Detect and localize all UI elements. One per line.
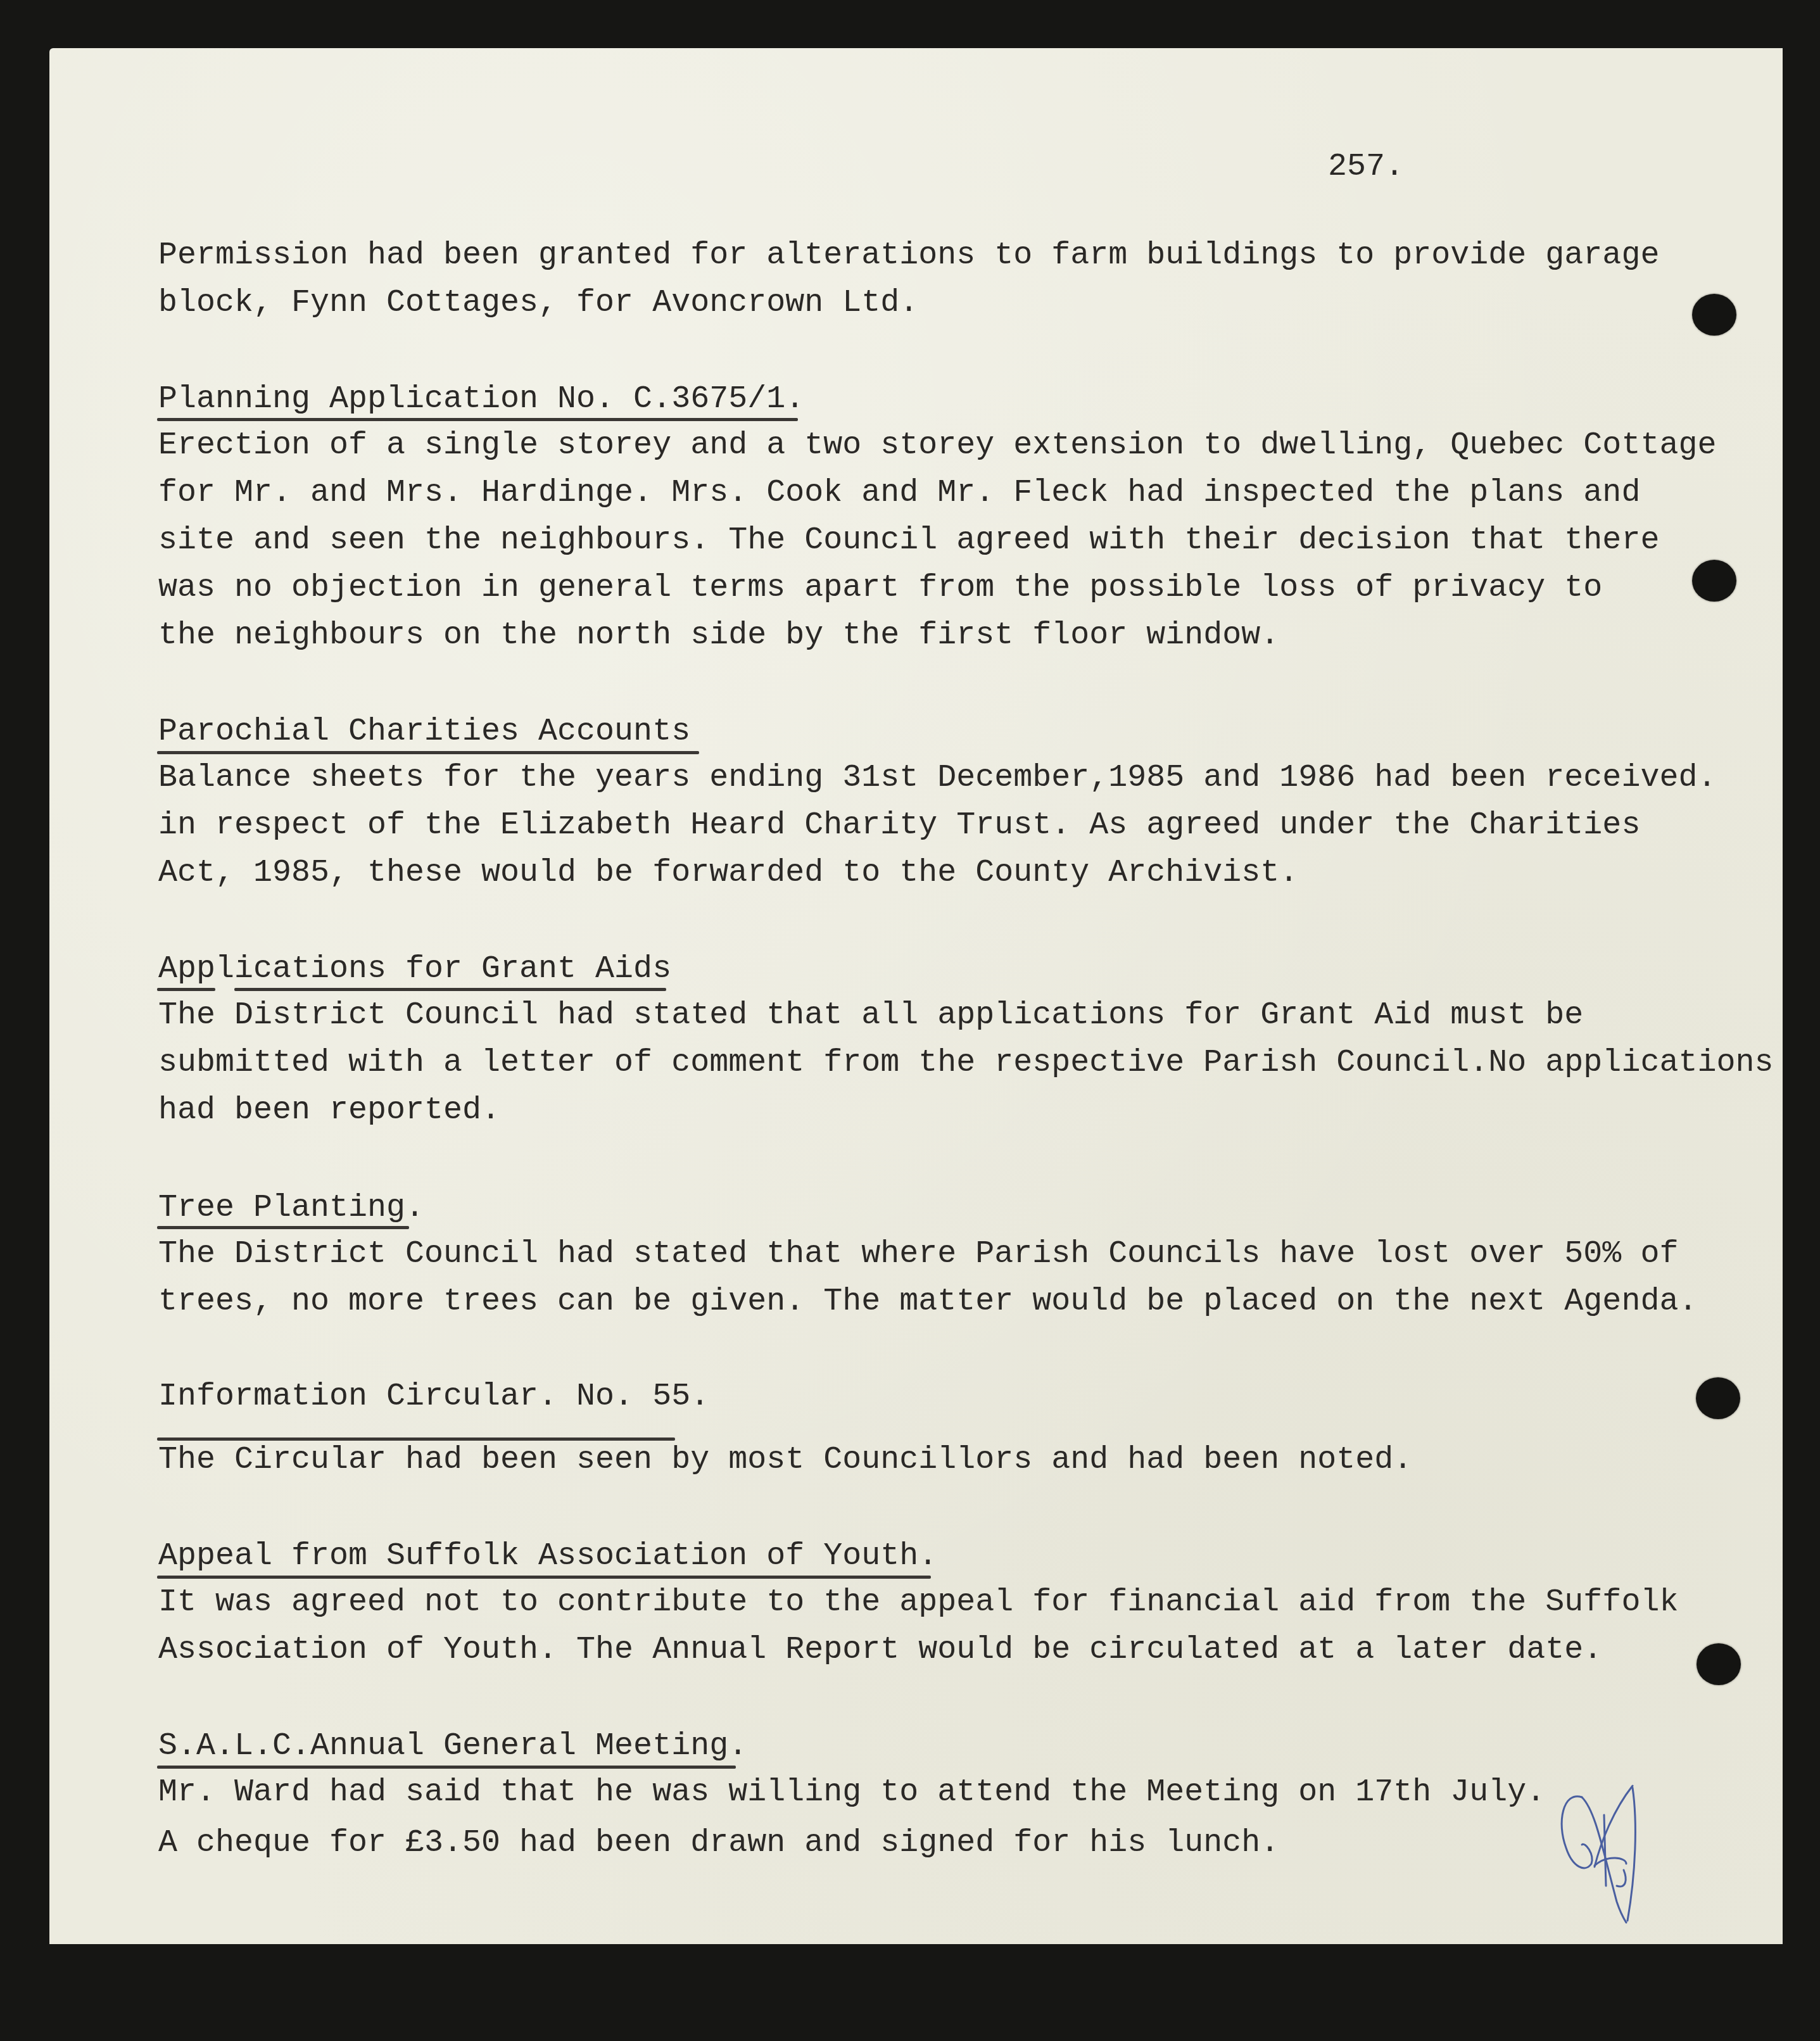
section-line: submitted with a letter of comment from … bbox=[158, 1044, 1773, 1082]
section-heading-appeal-suffolk: Appeal from Suffolk Association of Youth… bbox=[158, 1538, 937, 1576]
section-line: A cheque for £3.50 had been drawn and si… bbox=[158, 1824, 1279, 1862]
intro-line: block, Fynn Cottages, for Avoncrown Ltd. bbox=[158, 284, 918, 322]
section-line: had been reported. bbox=[158, 1092, 500, 1130]
section-line: the neighbours on the north side by the … bbox=[158, 617, 1279, 655]
section-line: in respect of the Elizabeth Heard Charit… bbox=[158, 807, 1640, 845]
section-heading-salc-agm: S.A.L.C.Annual General Meeting. bbox=[158, 1728, 747, 1766]
intro-line: Permission had been granted for alterati… bbox=[158, 237, 1659, 275]
section-line: The District Council had stated that whe… bbox=[158, 1235, 1678, 1273]
punch-hole bbox=[1692, 294, 1736, 336]
section-heading-tree-planting: Tree Planting. bbox=[158, 1189, 424, 1227]
section-line: was no objection in general terms apart … bbox=[158, 569, 1602, 607]
section-heading-information-circular: Information Circular. No. 55. bbox=[158, 1378, 709, 1416]
heading-underline bbox=[234, 988, 666, 991]
section-line: Act, 1985, these would be forwarded to t… bbox=[158, 854, 1298, 892]
signature-initials-icon bbox=[1557, 1785, 1645, 1937]
section-line: site and seen the neighbours. The Counci… bbox=[158, 522, 1659, 560]
section-heading-grant-aids: Applications for Grant Aids bbox=[158, 951, 671, 989]
heading-underline bbox=[157, 751, 699, 754]
punch-hole bbox=[1692, 560, 1736, 602]
section-line: trees, no more trees can be given. The m… bbox=[158, 1283, 1697, 1321]
heading-underline bbox=[157, 418, 798, 421]
section-line: It was agreed not to contribute to the a… bbox=[158, 1584, 1678, 1622]
heading-underline bbox=[157, 988, 215, 991]
section-line: The Circular had been seen by most Counc… bbox=[158, 1441, 1412, 1479]
heading-underline bbox=[157, 1226, 409, 1229]
punch-hole bbox=[1696, 1377, 1740, 1419]
section-line: The District Council had stated that all… bbox=[158, 997, 1583, 1035]
section-heading-planning-application: Planning Application No. C.3675/1. bbox=[158, 381, 804, 419]
heading-underline bbox=[157, 1766, 736, 1769]
section-heading-parochial-charities: Parochial Charities Accounts bbox=[158, 713, 690, 751]
page-number: 257. bbox=[1328, 148, 1404, 186]
punch-hole bbox=[1697, 1643, 1741, 1685]
section-line: for Mr. and Mrs. Hardinge. Mrs. Cook and… bbox=[158, 474, 1640, 512]
section-line: Erection of a single storey and a two st… bbox=[158, 427, 1716, 465]
section-line: Association of Youth. The Annual Report … bbox=[158, 1631, 1602, 1669]
heading-underline bbox=[157, 1438, 675, 1441]
section-line: Mr. Ward had said that he was willing to… bbox=[158, 1774, 1545, 1812]
heading-underline bbox=[157, 1576, 931, 1579]
document-page: 257. Permission had been granted for alt… bbox=[49, 48, 1783, 1944]
section-line: Balance sheets for the years ending 31st… bbox=[158, 759, 1716, 797]
